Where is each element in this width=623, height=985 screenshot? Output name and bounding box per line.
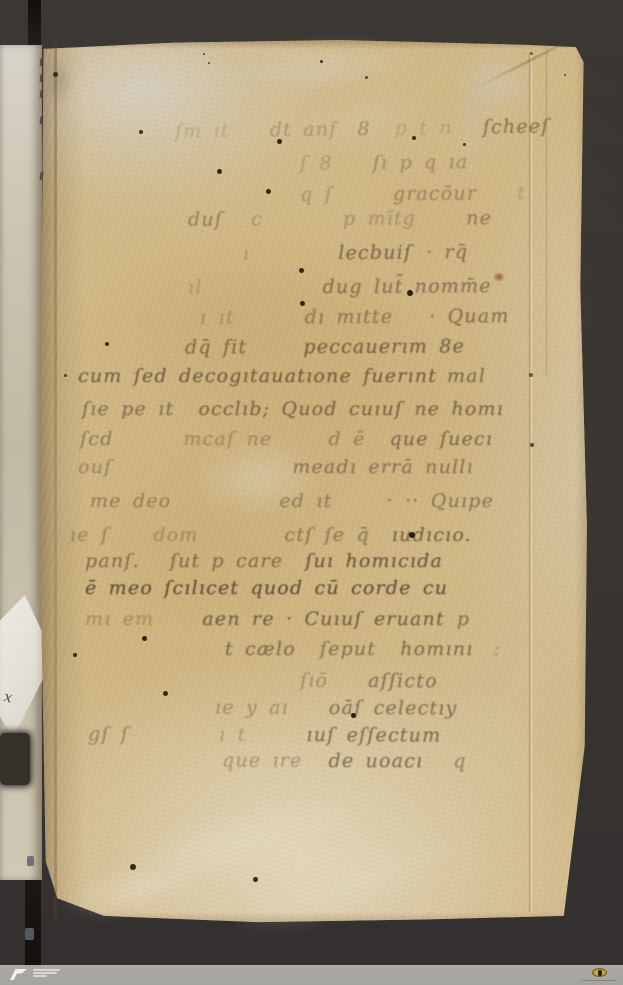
watermark-text-line-1	[33, 969, 60, 971]
parchment-page	[38, 40, 588, 923]
red-ink-mark	[493, 272, 505, 282]
manuscript-photo: x ſm ıtdt anſ8p t nſcheeſſ 8ſı p q ıaq ſ…	[0, 0, 623, 985]
library-logo-icon	[9, 968, 28, 981]
binding-spine-bottom	[25, 876, 41, 966]
gold-seal-slit	[598, 970, 602, 976]
watermark-text-line-3	[33, 975, 47, 977]
seal-caption-line	[581, 980, 617, 982]
gap-shadow	[0, 733, 30, 785]
binding-spine-top	[28, 0, 41, 47]
watermark-text-line-2	[33, 972, 57, 974]
digitization-footer-bar	[0, 965, 623, 985]
